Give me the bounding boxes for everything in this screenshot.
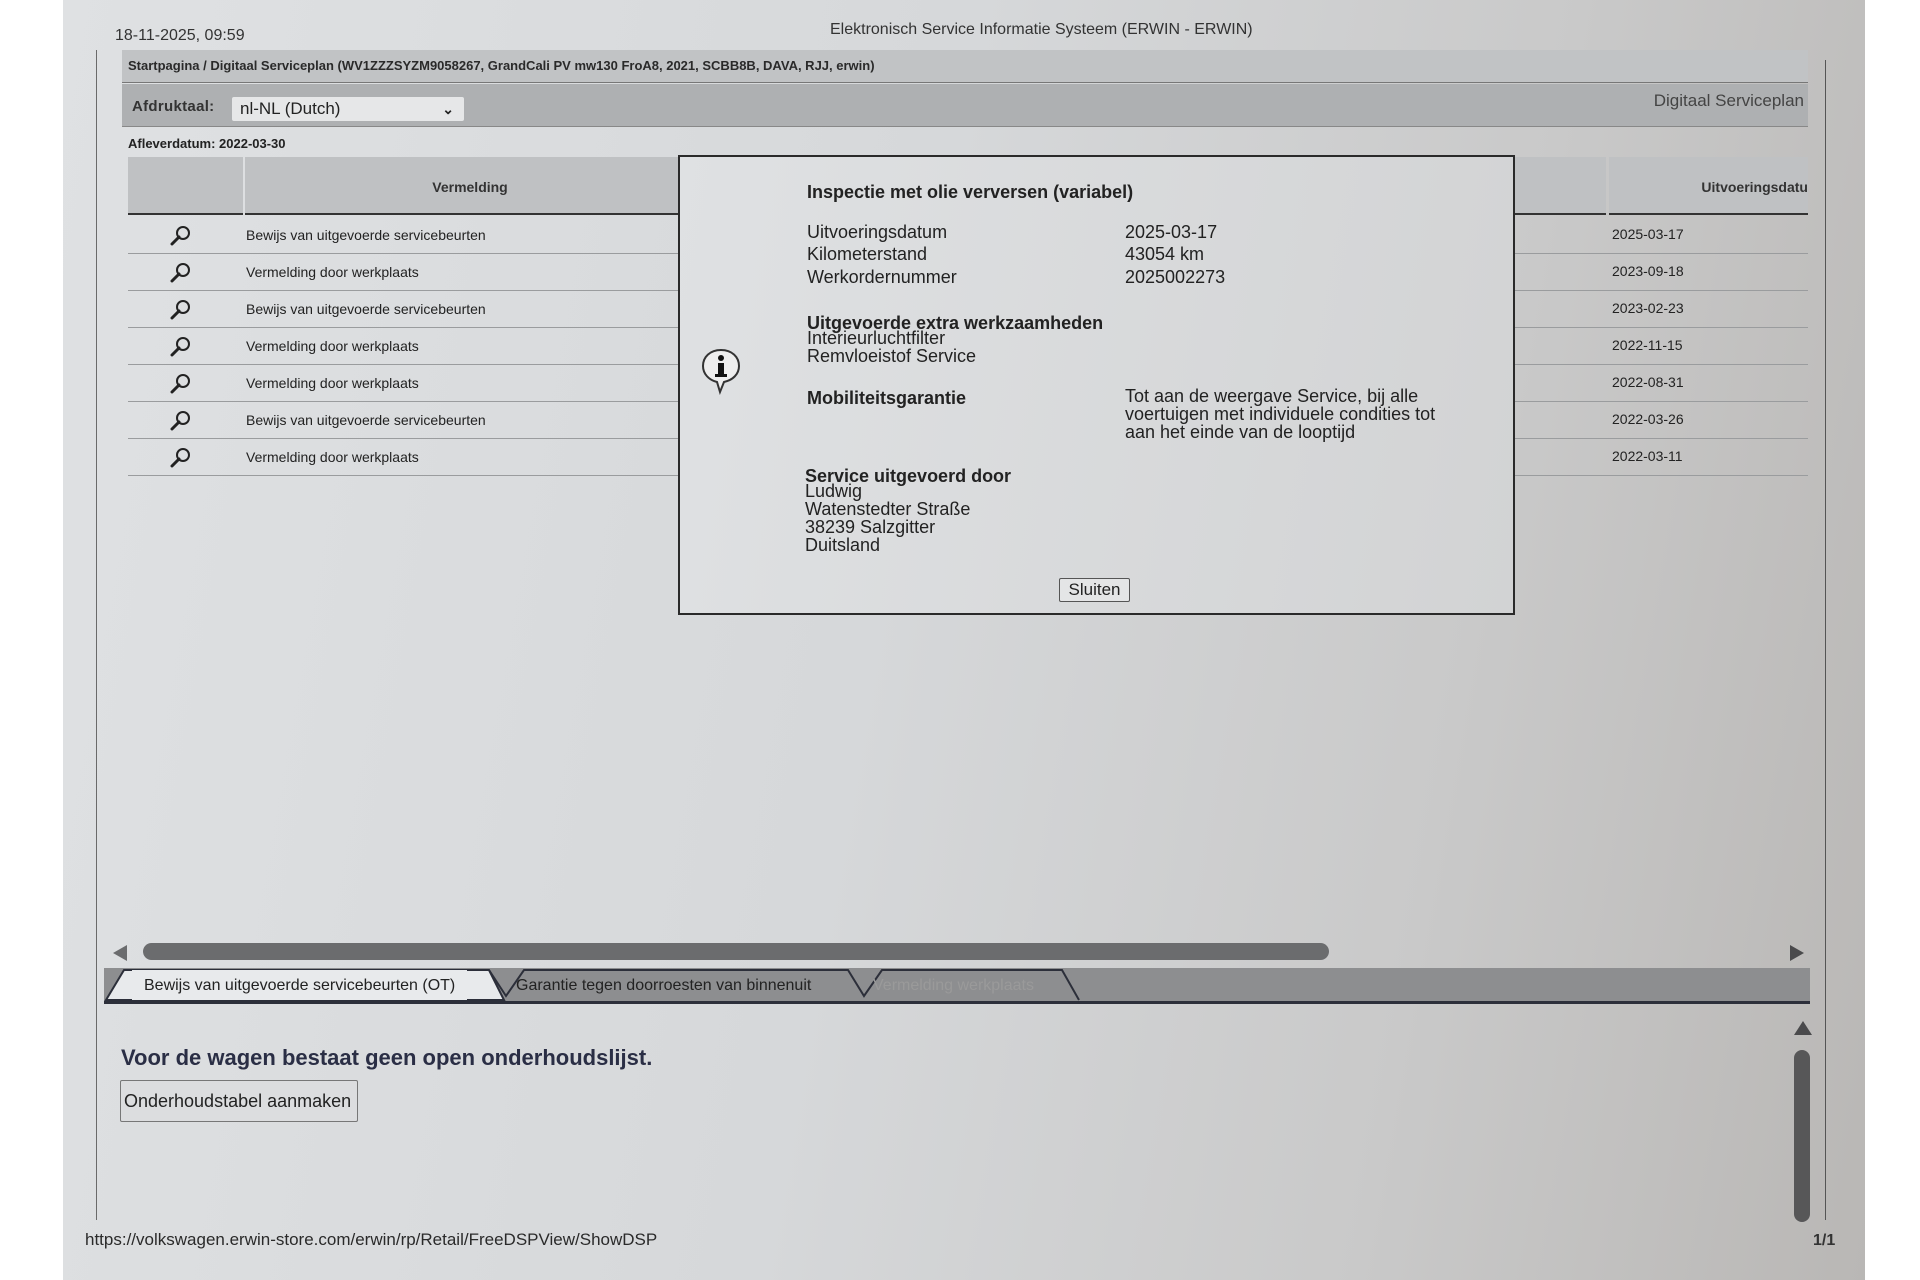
maintenance-message: Voor de wagen bestaat geen open onderhou… (121, 1045, 652, 1071)
mobility-line: voertuigen met individuele condities tot (1125, 405, 1435, 423)
entry-text: Bewijs van uitgevoerde servicebeurten (246, 412, 486, 428)
field-value: 2025-03-17 (1125, 221, 1217, 243)
table-header-date[interactable]: Uitvoeringsdatu (1609, 157, 1808, 215)
footer-url: https://volkswagen.erwin-store.com/erwin… (85, 1230, 657, 1250)
entry-text: Vermelding door werkplaats (246, 338, 419, 354)
horizontal-scroll-thumb[interactable] (143, 943, 1329, 960)
magnifier-icon[interactable] (170, 298, 192, 320)
field-label: Werkordernummer (807, 266, 957, 288)
field-label: Kilometerstand (807, 243, 927, 265)
execution-date: 2022-03-26 (1612, 411, 1752, 427)
create-maintenance-table-button[interactable]: Onderhoudstabel aanmaken (120, 1080, 358, 1122)
close-button[interactable]: Sluiten (1059, 578, 1130, 602)
print-language-label: Afdruktaal: (132, 98, 214, 115)
tab-workshop-entry: Vermelding werkplaats (861, 970, 1046, 1000)
magnifier-icon[interactable] (170, 261, 192, 283)
info-icon (700, 347, 742, 395)
service-by-line: Duitsland (805, 536, 880, 554)
toolbar: Afdruktaal: nl-NL (Dutch) ⌄ Digitaal Ser… (122, 84, 1808, 127)
magnifier-icon[interactable] (170, 409, 192, 431)
execution-date: 2022-03-11 (1612, 448, 1752, 464)
dialog-title: Inspectie met olie verversen (variabel) (807, 182, 1133, 203)
extra-work-item: Interieurluchtfilter (807, 329, 945, 347)
service-by-line: 38239 Salzgitter (805, 518, 935, 536)
app-title: Elektronisch Service Informatie Systeem … (830, 21, 1253, 39)
print-language-value: nl-NL (Dutch) (240, 99, 340, 118)
scroll-right-icon[interactable] (1790, 945, 1804, 961)
execution-date: 2025-03-17 (1612, 226, 1752, 242)
field-value: 43054 km (1125, 243, 1204, 265)
execution-date: 2022-11-15 (1612, 337, 1752, 353)
entry-text: Bewijs van uitgevoerde servicebeurten (246, 301, 486, 317)
magnifier-icon[interactable] (170, 446, 192, 468)
field-label: Uitvoeringsdatum (807, 221, 947, 243)
tab-corrosion-warranty[interactable]: Garantie tegen doorroesten van binnenuit (504, 970, 823, 1000)
magnifier-icon[interactable] (170, 335, 192, 357)
execution-date: 2022-08-31 (1612, 374, 1752, 390)
extra-work-item: Remvloeistof Service (807, 347, 976, 365)
vertical-scrollbar[interactable] (1788, 1015, 1818, 1225)
service-by-line: Ludwig (805, 482, 862, 500)
mobility-line: Tot aan de weergave Service, bij alle (1125, 387, 1418, 405)
entry-text: Vermelding door werkplaats (246, 375, 419, 391)
right-frame-border (1825, 60, 1826, 1220)
entry-text: Vermelding door werkplaats (246, 449, 419, 465)
chevron-down-icon: ⌄ (442, 97, 454, 121)
print-timestamp: 18-11-2025, 09:59 (115, 27, 245, 45)
scroll-up-icon[interactable] (1794, 1021, 1812, 1035)
magnifier-icon[interactable] (170, 224, 192, 246)
scroll-left-icon[interactable] (113, 945, 127, 961)
tab-strip: Bewijs van uitgevoerde servicebeurten (O… (104, 968, 1810, 1004)
execution-date: 2023-09-18 (1612, 263, 1752, 279)
table-header-spacer (1510, 157, 1606, 215)
magnifier-icon[interactable] (170, 372, 192, 394)
entry-text: Vermelding door werkplaats (246, 264, 419, 280)
vertical-scroll-thumb[interactable] (1794, 1050, 1810, 1222)
delivery-date: Afleverdatum: 2022-03-30 (128, 136, 286, 151)
execution-date: 2023-02-23 (1612, 300, 1752, 316)
mobility-label: Mobiliteitsgarantie (807, 387, 966, 409)
entry-text: Bewijs van uitgevoerde servicebeurten (246, 227, 486, 243)
mobility-line: aan het einde van de looptijd (1125, 423, 1355, 441)
table-header-icon-col (128, 157, 243, 215)
page-number: 1/1 (1813, 1232, 1835, 1250)
page-name: Digitaal Serviceplan (1654, 91, 1804, 111)
print-language-select[interactable]: nl-NL (Dutch) ⌄ (232, 97, 464, 121)
service-detail-dialog: Inspectie met olie verversen (variabel) … (678, 155, 1515, 615)
tab-service-proof[interactable]: Bewijs van uitgevoerde servicebeurten (O… (132, 970, 467, 1000)
breadcrumb[interactable]: Startpagina / Digitaal Serviceplan (WV1Z… (122, 50, 1808, 83)
horizontal-scrollbar[interactable] (100, 938, 1810, 966)
field-value: 2025002273 (1125, 266, 1225, 288)
service-by-line: Watenstedter Straße (805, 500, 970, 518)
